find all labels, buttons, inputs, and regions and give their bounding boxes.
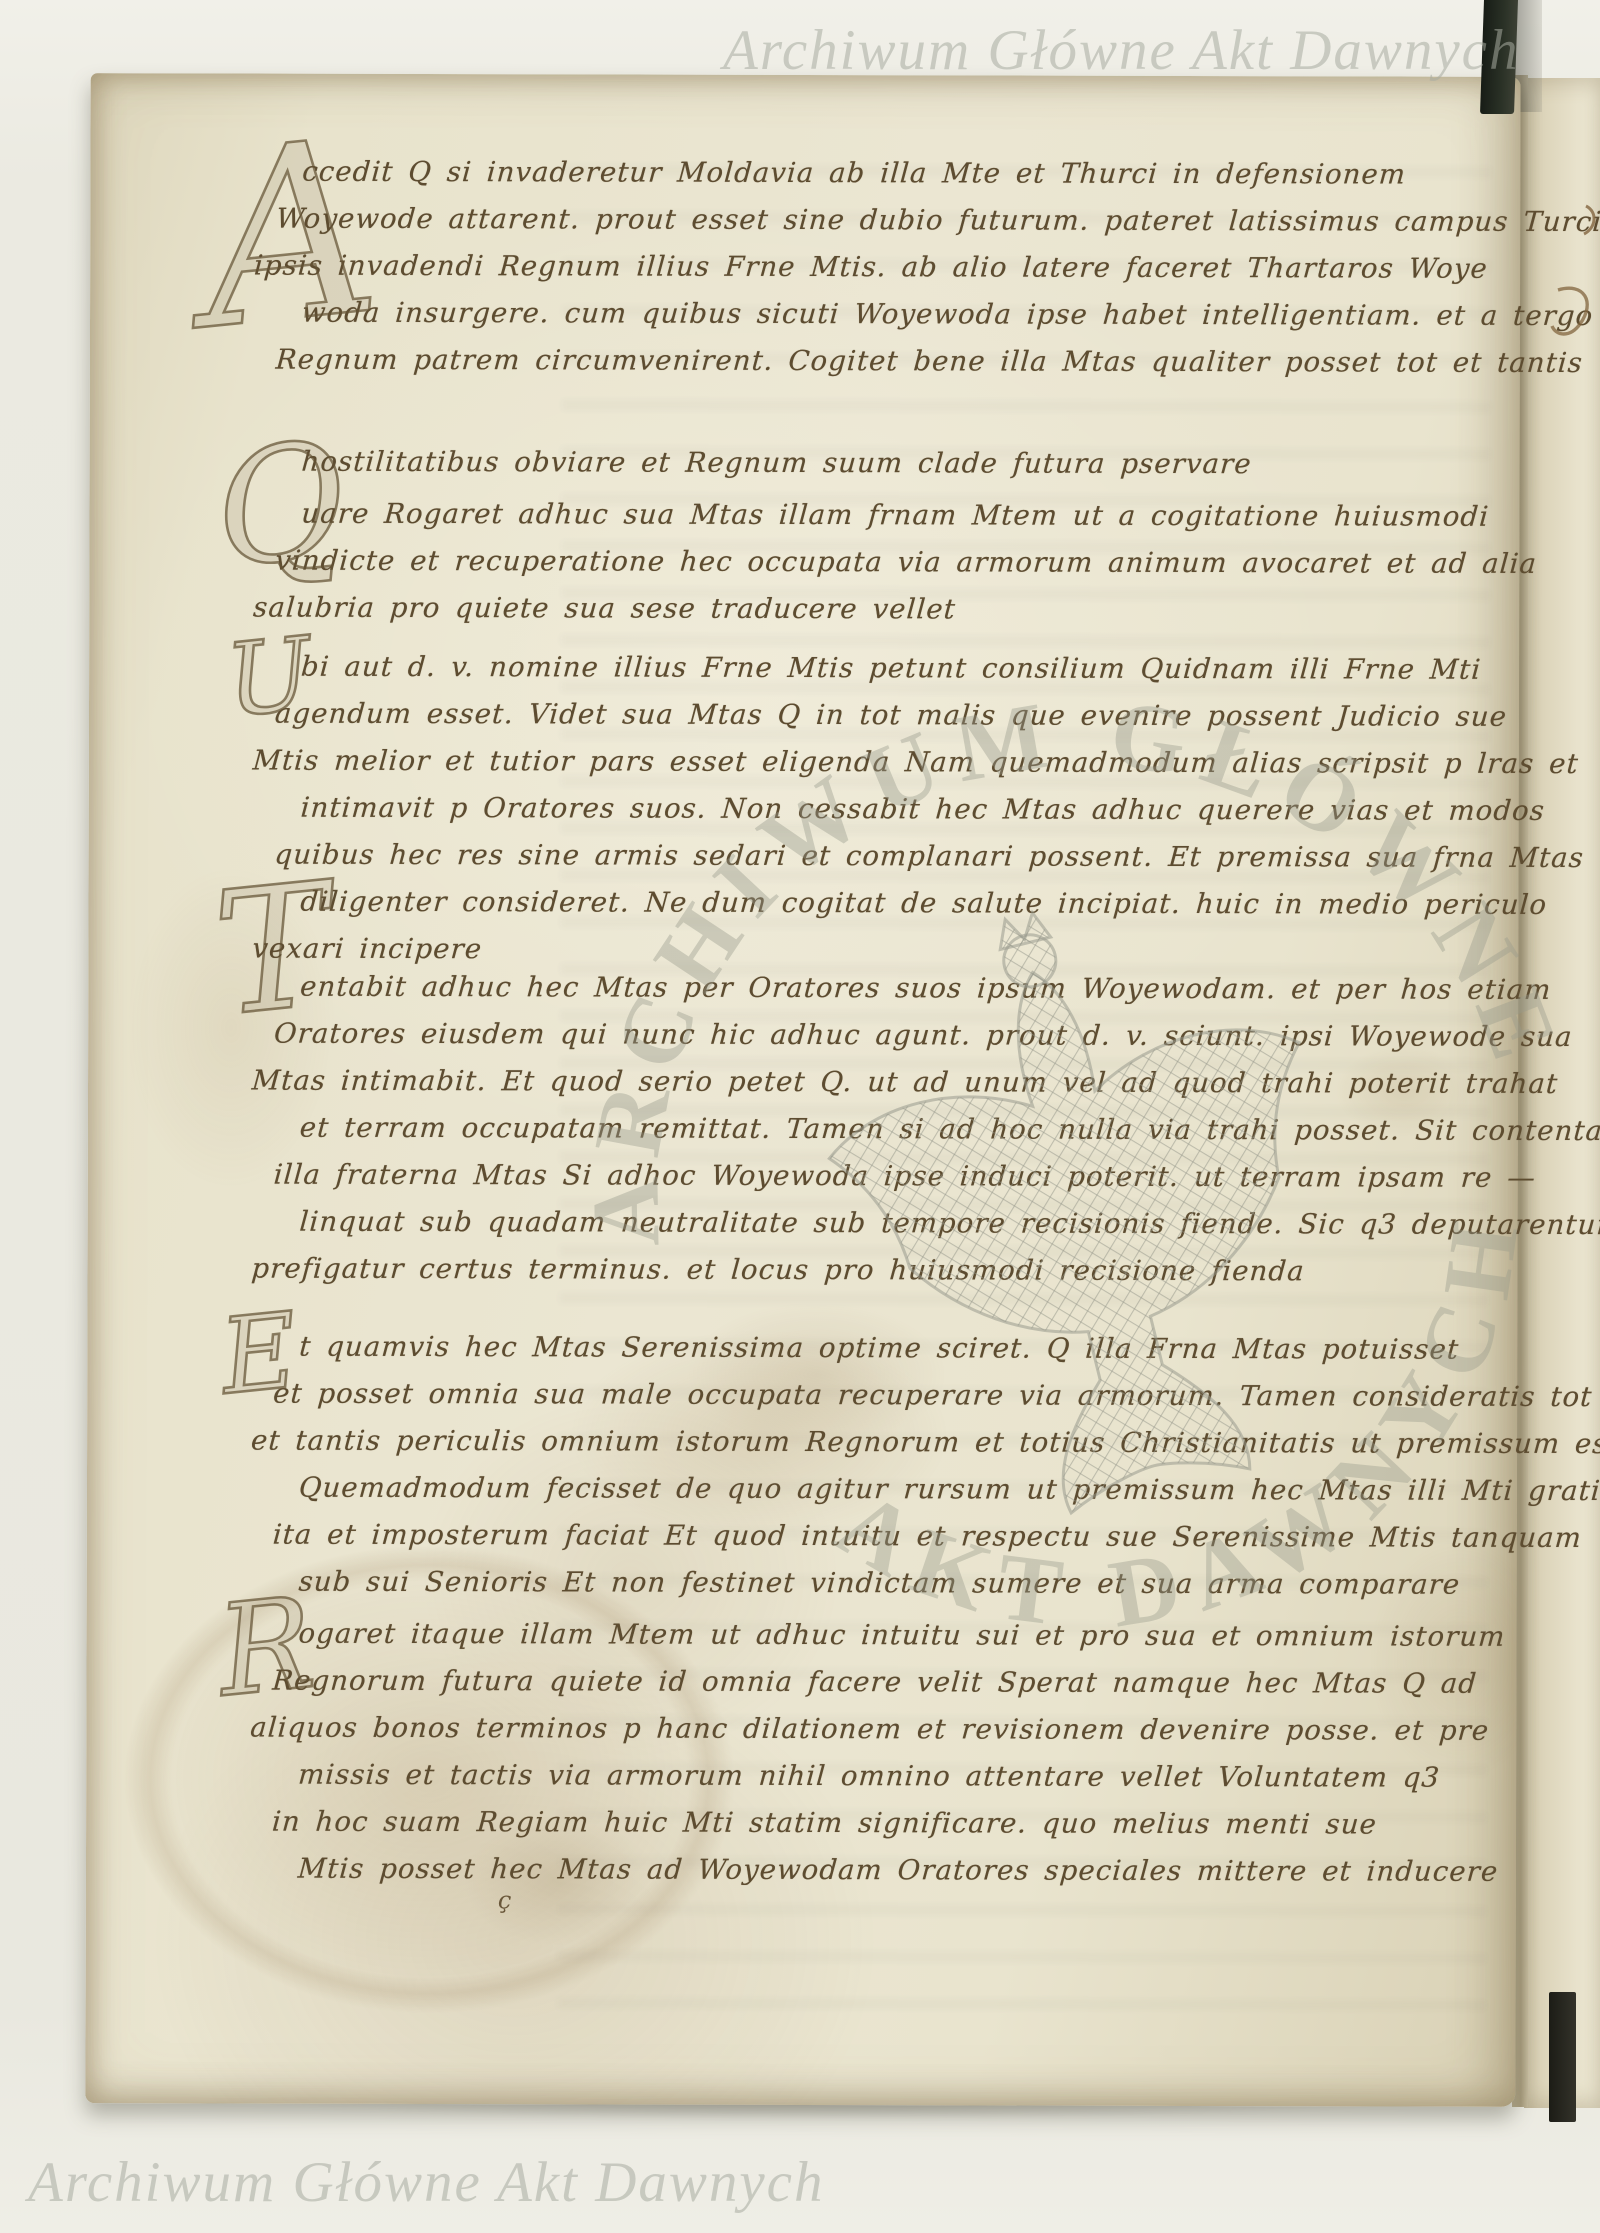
- manuscript-line: intimavit p Oratores suos. Non cessabit …: [299, 785, 1462, 835]
- manuscript-paragraph: hostilitatibus obviare et Regnum suum cl…: [302, 439, 1462, 489]
- manuscript-paragraph: Rogaret itaque illam Mtem ut adhuc intui…: [298, 1611, 1459, 1896]
- manuscript-line: quibus hec res sine armis sedari et comp…: [273, 832, 1462, 882]
- manuscript-line: prefigatur certus terminus. et locus pro…: [250, 1246, 1461, 1296]
- manuscript-line: Quemadmodum fecisset de quo agitur rursu…: [297, 1465, 1460, 1515]
- marginal-ink-mark: ç: [498, 1886, 512, 1914]
- flourished-initial: T: [208, 860, 338, 1041]
- manuscript-line: woda insurgere. cum quibus sicuti Woyewo…: [300, 290, 1463, 340]
- manuscript-line: diligenter consideret. Ne dum cogitat de…: [299, 879, 1462, 929]
- facing-page-ink-marks: [1540, 198, 1600, 378]
- manuscript-paragraph: Tentabit adhuc hec Mtas per Oratores suo…: [299, 964, 1460, 1296]
- flourished-initial: R: [212, 1580, 319, 1715]
- archive-watermark-top: Archiwum Główne Akt Dawnych: [723, 18, 1519, 83]
- manuscript-line: uare Rogaret adhuc sua Mtas illam frnam …: [300, 491, 1463, 541]
- manuscript-line: Mtis posset hec Mtas ad Woyewodam Orator…: [296, 1846, 1459, 1896]
- manuscript-line: ogaret itaque illam Mtem ut adhuc intuit…: [297, 1611, 1460, 1661]
- manuscript-line: et terram occupatam remittat. Tamen si a…: [298, 1105, 1461, 1155]
- manuscript-line: ccedit Q si invaderetur Moldavia ab illa…: [301, 149, 1464, 199]
- manuscript-line: entabit adhuc hec Mtas per Oratores suos…: [299, 964, 1462, 1014]
- manuscript-line: missis et tactis via armorum nihil omnin…: [296, 1752, 1459, 1802]
- manuscript-line: salubria pro quiete sua sese traducere v…: [252, 585, 1463, 635]
- flourished-initial: U: [222, 624, 316, 732]
- manuscript-line: Oratores eiusdem qui nunc hic adhuc agun…: [272, 1011, 1461, 1061]
- flourished-initial: A: [190, 106, 387, 362]
- manuscript-line: ipsis invadendi Regnum illius Frne Mtis.…: [252, 243, 1463, 293]
- manuscript-paragraph: Quare Rogaret adhuc sua Mtas illam frnam…: [301, 491, 1461, 635]
- manuscript-page: ARCHIWUM GŁÓWNE AKT DAWNYCH Accedit Q si…: [85, 73, 1520, 2107]
- manuscript-line: agendum esset. Videt sua Mtas Q in tot m…: [273, 691, 1462, 741]
- manuscript-line: vindicte et recuperatione hec occupata v…: [274, 538, 1463, 588]
- manuscript-line: Mtas intimabit. Et quod serio petet Q. u…: [250, 1058, 1461, 1108]
- flourished-initial: E: [216, 1298, 302, 1409]
- manuscript-paragraph: Et quamvis hec Mtas Serenissima optime s…: [299, 1324, 1460, 1609]
- manuscript-line: Mtis melior et tutior pars esset eligend…: [251, 738, 1462, 788]
- archive-watermark-bottom: Archiwum Główne Akt Dawnych: [28, 2150, 824, 2215]
- manuscript-text: Accedit Q si invaderetur Moldavia ab ill…: [297, 74, 1462, 2107]
- manuscript-line: Regnum patrem circumvenirent. Cogitet be…: [274, 337, 1463, 387]
- manuscript-line: et tantis periculis omnium istorum Regno…: [249, 1418, 1460, 1468]
- manuscript-line: t quamvis hec Mtas Serenissima optime sc…: [298, 1324, 1461, 1374]
- binding-strip-bottom: [1549, 1992, 1576, 2122]
- manuscript-line: hostilitatibus obviare et Regnum suum cl…: [300, 439, 1463, 489]
- archive-scan-viewport: { "scan": { "watermark_text": "Archiwum …: [0, 0, 1600, 2233]
- binding-strip-top: [1480, 0, 1518, 114]
- manuscript-line: illa fraterna Mtas Si adhoc Woyewoda ips…: [272, 1152, 1461, 1202]
- manuscript-line: Regnorum futura quiete id omnia facere v…: [271, 1658, 1460, 1708]
- manuscript-line: aliquos bonos terminos p hanc dilationem…: [249, 1705, 1460, 1755]
- manuscript-line: linquat sub quadam neutralitate sub temp…: [298, 1199, 1461, 1249]
- manuscript-line: ita et imposterum faciat Et quod intuitu…: [271, 1512, 1460, 1562]
- manuscript-line: in hoc suam Regiam huic Mti statim signi…: [270, 1799, 1459, 1849]
- manuscript-line: et posset omnia sua male occupata recupe…: [271, 1371, 1460, 1421]
- manuscript-paragraph: Ubi aut d. v. nomine illius Frne Mtis pe…: [300, 644, 1461, 976]
- manuscript-line: Woyewode attarent. prout esset sine dubi…: [275, 196, 1464, 246]
- manuscript-line: bi aut d. v. nomine illius Frne Mtis pet…: [299, 644, 1462, 694]
- flourished-initial: Q: [208, 420, 353, 590]
- manuscript-line: sub sui Senioris Et non festinet vindict…: [297, 1559, 1460, 1609]
- manuscript-paragraph: Accedit Q si invaderetur Moldavia ab ill…: [302, 149, 1463, 387]
